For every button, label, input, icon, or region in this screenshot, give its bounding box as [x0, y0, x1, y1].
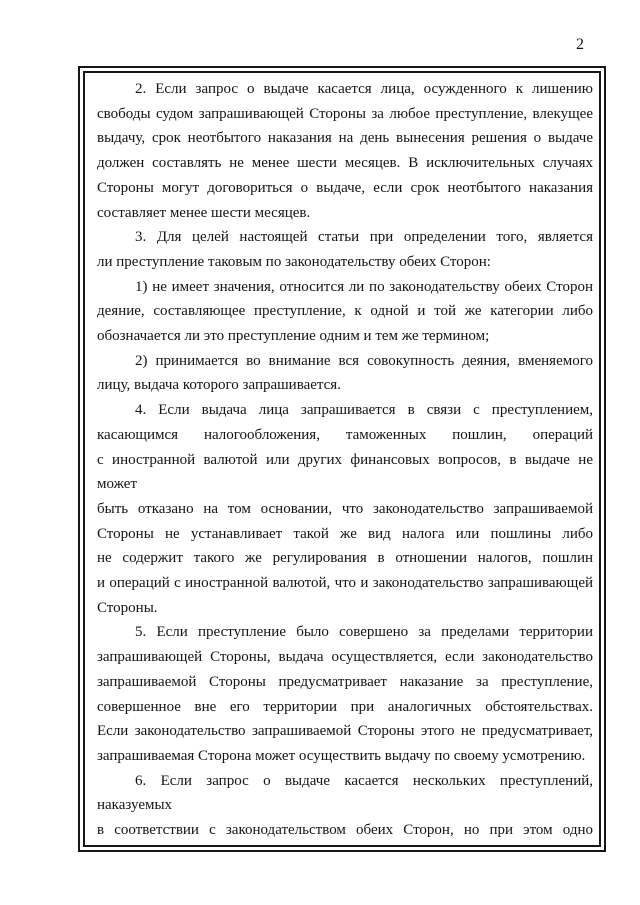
- paragraph-6: 6. Если запрос о выдаче касается несколь…: [97, 769, 593, 843]
- text-line: деяние, составляющее преступление, к одн…: [97, 299, 593, 324]
- document-frame: 2. Если запрос о выдаче касается лица, о…: [78, 66, 606, 852]
- text-line: обозначается ли это преступление одним и…: [97, 324, 593, 349]
- text-line: Если законодательство запрашиваемой Стор…: [97, 719, 593, 744]
- paragraph-2: 2. Если запрос о выдаче касается лица, о…: [97, 77, 593, 225]
- text-line: 1) не имеет значения, относится ли по за…: [97, 275, 593, 300]
- text-line: быть отказано на том основании, что зако…: [97, 497, 593, 522]
- text-line: с иностранной валютой или других финансо…: [97, 448, 593, 497]
- text-line: ли преступление таковым по законодательс…: [97, 250, 593, 275]
- text-line: 3. Для целей настоящей статьи при опреде…: [97, 225, 593, 250]
- text-line: 2. Если запрос о выдаче касается лица, о…: [97, 77, 593, 102]
- text-line: запрашиваемая Сторона может осуществить …: [97, 744, 593, 769]
- page-number: 2: [566, 36, 594, 54]
- text-line: и операций с иностранной валютой, что и …: [97, 571, 593, 596]
- text-line: 5. Если преступление было совершено за п…: [97, 620, 593, 645]
- text-line: в соответствии с законодательством обеих…: [97, 818, 593, 843]
- text-line: Стороны могут договориться о выдаче, есл…: [97, 176, 593, 201]
- text-line: 4. Если выдача лица запрашивается в связ…: [97, 398, 593, 423]
- text-line: выдачу, срок неотбытого наказания на ден…: [97, 126, 593, 151]
- text-line: Стороны.: [97, 596, 593, 621]
- document-frame-inner: 2. Если запрос о выдаче касается лица, о…: [83, 71, 601, 847]
- text-line: должен составлять не менее шести месяцев…: [97, 151, 593, 176]
- clause-1: 1) не имеет значения, относится ли по за…: [97, 275, 593, 349]
- document-content: 2. Если запрос о выдаче касается лица, о…: [97, 77, 593, 843]
- text-line: 6. Если запрос о выдаче касается несколь…: [97, 769, 593, 818]
- text-line: касающимся налогообложения, таможенных п…: [97, 423, 593, 448]
- text-line: составляет менее шести месяцев.: [97, 201, 593, 226]
- paragraph-3: 3. Для целей настоящей статьи при опреде…: [97, 225, 593, 274]
- clause-2: 2) принимается во внимание вся совокупно…: [97, 349, 593, 398]
- text-line: запрашивающей Стороны, выдача осуществля…: [97, 645, 593, 670]
- text-line: 2) принимается во внимание вся совокупно…: [97, 349, 593, 374]
- text-line: лицу, выдача которого запрашивается.: [97, 373, 593, 398]
- text-line: совершенное вне его территории при анало…: [97, 695, 593, 720]
- text-line: запрашиваемой Стороны предусматривает на…: [97, 670, 593, 695]
- document-page: 2 2. Если запрос о выдаче касается лица,…: [0, 0, 640, 905]
- text-line: свободы судом запрашивающей Стороны за л…: [97, 102, 593, 127]
- paragraph-4: 4. Если выдача лица запрашивается в связ…: [97, 398, 593, 620]
- paragraph-5: 5. Если преступление было совершено за п…: [97, 620, 593, 768]
- text-line: не содержит такого же регулирования в от…: [97, 546, 593, 571]
- text-line: Стороны не устанавливает такой же вид на…: [97, 522, 593, 547]
